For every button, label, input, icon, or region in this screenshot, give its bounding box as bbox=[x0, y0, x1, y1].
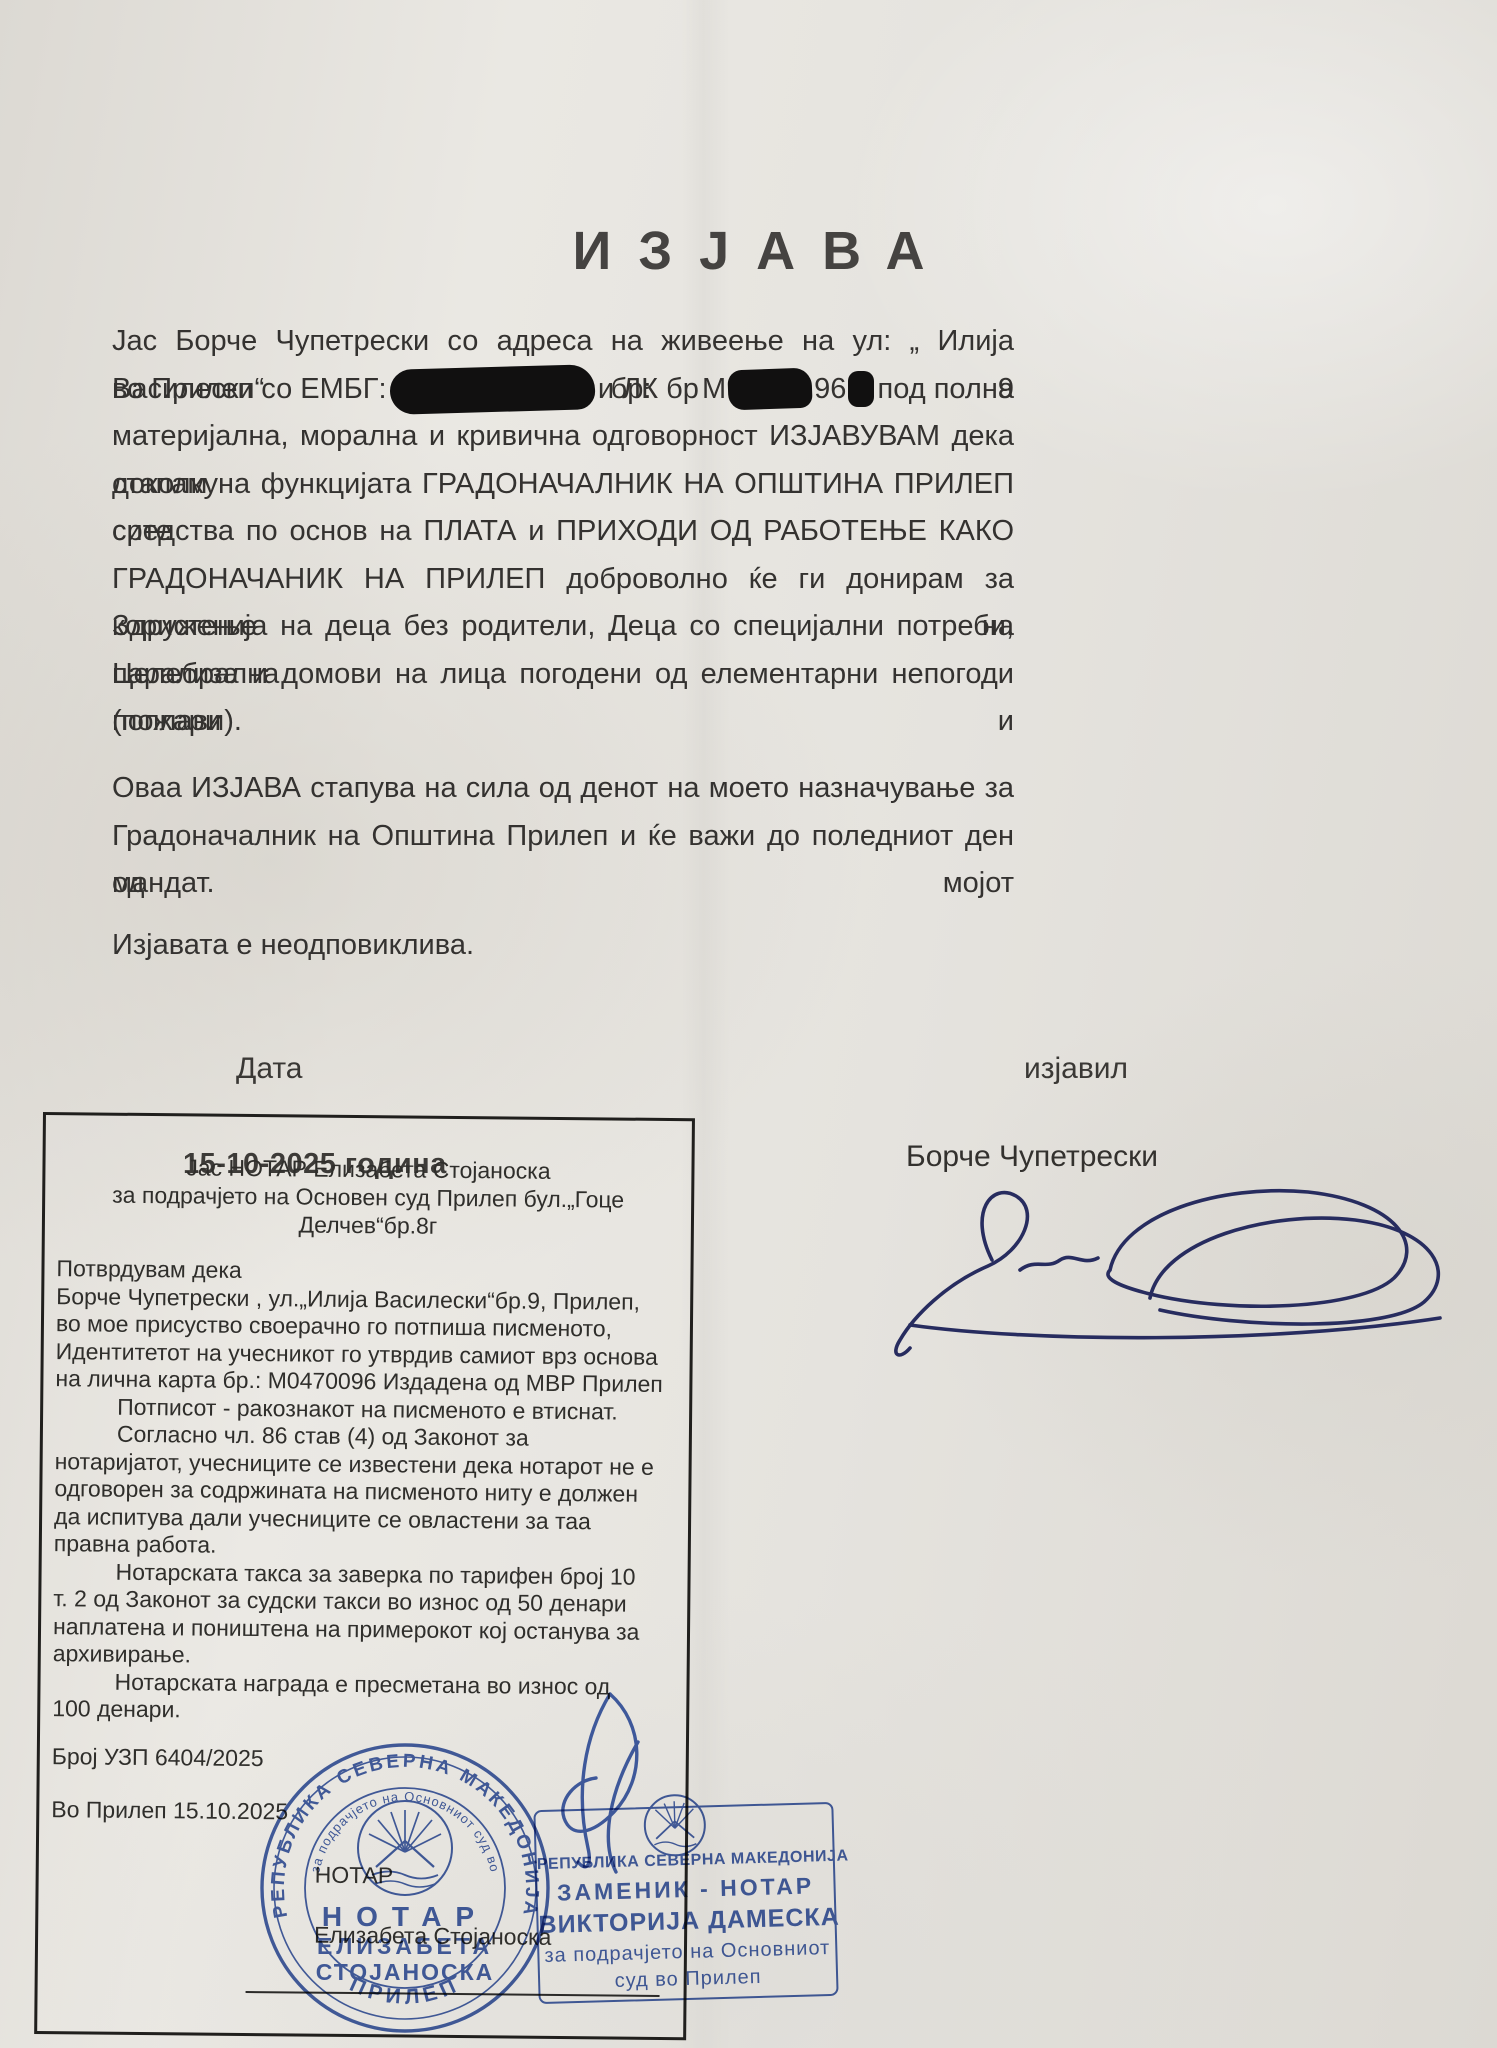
declaration-line: ГРАДОНАЧАНИК НА ПРИЛЕП доброволно ќе ги … bbox=[112, 556, 1014, 604]
declaration-line-end: под полна bbox=[878, 373, 1014, 406]
declarer-label: изјавил bbox=[1024, 1052, 1128, 1086]
id-card-redaction-bar bbox=[727, 368, 812, 411]
declaration-paragraph-2: Оваа ИЗЈАВА стапува на сила од денот на … bbox=[112, 765, 1014, 908]
place-and-date: Во Прилеп 15.10.2025 bbox=[51, 1796, 288, 1825]
round-notary-stamp: РЕПУБЛИКА СЕВЕРНА МАКЕДОНИЈА за подрачје… bbox=[257, 1740, 553, 2036]
id-card-label-text: и ЛК бр bbox=[598, 373, 699, 406]
irrevocability-statement: Изјавата е неодповиклива. bbox=[112, 922, 1014, 970]
declarant-signature bbox=[850, 1130, 1490, 1360]
declaration-line: материјална, морална и кривична одговорн… bbox=[112, 413, 1014, 461]
declaration-line: стапам на функцијата ГРАДОНАЧАЛНИК НА ОП… bbox=[112, 461, 1014, 509]
stamp-notary-last-name: СТОЈАНОСКА bbox=[316, 1959, 495, 1985]
stamp-notary-first-name: ЕЛИЗАБЕТА bbox=[317, 1933, 493, 1959]
id-card-visible-digits: 96 bbox=[814, 373, 846, 406]
notary-heading-line: Делчев“бр.8г bbox=[45, 1209, 691, 1242]
notary-signature bbox=[540, 1680, 700, 1890]
embg-redaction-bar bbox=[389, 364, 595, 415]
declaration-line: средства по основ на ПЛАТА и ПРИХОДИ ОД … bbox=[112, 508, 1014, 556]
declaration-line: Јас Борче Чупетрески со адреса на живеењ… bbox=[112, 318, 1014, 366]
notary-statement-text: Потврдувам дека Борче Чупетрески , ул.„И… bbox=[52, 1255, 678, 1728]
declaration-line: Здруженија на деца без родители, Деца со… bbox=[112, 603, 1014, 651]
id-card-number-group: М 96 bbox=[702, 369, 874, 409]
paragraph2-line: Оваа ИЗЈАВА стапува на сила од денот на … bbox=[112, 765, 1014, 813]
deputy-stamp-jurisdiction-line1: за подрачјето на Основниот bbox=[539, 1937, 836, 1968]
declaration-paragraph-1: Јас Борче Чупетрески со адреса на живеењ… bbox=[112, 318, 1014, 746]
stamp-coat-of-arms bbox=[358, 1801, 452, 1895]
date-label: Дата bbox=[236, 1052, 302, 1086]
scanned-declaration-document: ИЗЈАВА Јас Борче Чупетрески со адреса на… bbox=[0, 0, 1497, 2048]
document-title: ИЗЈАВА bbox=[0, 220, 1497, 282]
declaration-line: парализа и домови на лица погодени од ел… bbox=[112, 651, 1014, 699]
id-card-redaction-dot bbox=[848, 371, 874, 407]
id-card-prefix: М bbox=[702, 373, 726, 406]
deputy-stamp-name: ВИКТОРИЈА ДАМЕСКА bbox=[538, 1903, 835, 1940]
paragraph2-line: Градоначалник на Општина Прилеп и ќе важ… bbox=[112, 813, 1014, 861]
case-number: Број УЗП 6404/2025 bbox=[52, 1743, 264, 1772]
stamp-notar-text: НОТАР bbox=[322, 1901, 488, 1932]
embg-label-text: во Прилеп со ЕМБГ: bbox=[112, 373, 387, 406]
deputy-stamp-jurisdiction-line2: суд во Прилеп bbox=[540, 1964, 837, 1995]
